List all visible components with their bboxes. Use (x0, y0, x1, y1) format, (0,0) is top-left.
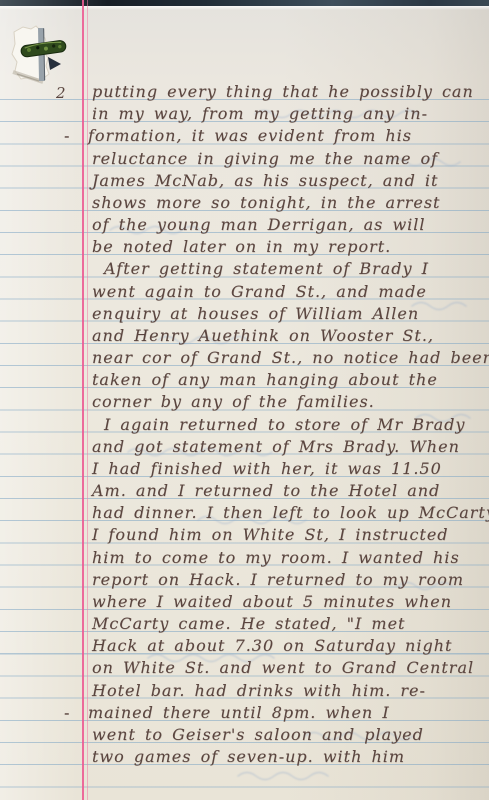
handwritten-line-text: I again returned to store of Mr Brady (104, 415, 465, 434)
handwritten-line-text: reluctance in giving me the name of (92, 149, 438, 168)
handwritten-line: two games of seven-up. with him (92, 746, 405, 768)
handwritten-line-text: I had finished with her, it was 11.50 (92, 459, 442, 478)
handwritten-line-text: him to come to my room. I wanted his (92, 548, 460, 567)
handwritten-line: be noted later on in my report. (92, 236, 391, 258)
handwritten-line-text: and Henry Auethink on Wooster St., (92, 326, 434, 345)
page-number: 2 (56, 84, 66, 102)
handwritten-line: near cor of Grand St., no notice had bee… (92, 347, 489, 369)
handwritten-line-text: enquiry at houses of William Allen (92, 304, 419, 323)
handwritten-line-text: had dinner. I then left to look up McCar… (92, 503, 489, 522)
handwritten-line-text: near cor of Grand St., no notice had bee… (92, 348, 489, 367)
handwritten-line-text: two games of seven-up. with him (92, 747, 405, 766)
handwritten-line-text: went again to Grand St., and made (92, 282, 427, 301)
handwritten-line-text: where I waited about 5 minutes when (92, 592, 452, 611)
handwritten-line: went again to Grand St., and made (92, 281, 427, 303)
handwritten-line: -formation, it was evident from his (64, 125, 412, 147)
handwritten-line-text: corner by any of the families. (92, 392, 375, 411)
handwritten-line-text: shows more so tonight, in the arrest (92, 193, 440, 212)
handwritten-line-text: James McNab, as his suspect, and it (92, 171, 438, 190)
handwritten-line: on White St. and went to Grand Central (92, 657, 474, 679)
handwritten-line-text: and got statement of Mrs Brady. When (92, 437, 460, 456)
handwritten-line: where I waited about 5 minutes when (92, 591, 452, 613)
handwritten-line: Hack at about 7.30 on Saturday night (92, 635, 452, 657)
handwritten-line-text: After getting statement of Brady I (104, 259, 429, 278)
handwritten-line-text: mained there until 8pm. when I (88, 703, 390, 722)
handwritten-line-text: McCarty came. He stated, "I met (92, 614, 405, 633)
handwritten-line: shows more so tonight, in the arrest (92, 192, 440, 214)
handwritten-line: corner by any of the families. (92, 391, 375, 413)
handwritten-line: James McNab, as his suspect, and it (92, 170, 438, 192)
handwritten-line: and Henry Auethink on Wooster St., (92, 325, 434, 347)
handwritten-line: -mained there until 8pm. when I (64, 702, 390, 724)
handwritten-line: had dinner. I then left to look up McCar… (92, 502, 489, 524)
handwritten-line-text: Hack at about 7.30 on Saturday night (92, 636, 452, 655)
handwritten-line: him to come to my room. I wanted his (92, 547, 460, 569)
handwritten-line-text: in my way, from my getting any in- (92, 104, 428, 123)
handwritten-line: reluctance in giving me the name of (92, 148, 438, 170)
handwritten-line: I again returned to store of Mr Brady (104, 414, 465, 436)
fastener-dark-tab (48, 57, 61, 70)
handwritten-line: and got statement of Mrs Brady. When (92, 436, 460, 458)
handwritten-line: McCarty came. He stated, "I met (92, 613, 405, 635)
handwritten-line: After getting statement of Brady I (104, 258, 429, 280)
handwritten-line: taken of any man hanging about the (92, 369, 438, 391)
handwritten-line: went to Geiser's saloon and played (92, 724, 424, 746)
handwritten-line: report on Hack. I returned to my room (92, 569, 464, 591)
handwritten-line-text: formation, it was evident from his (88, 126, 412, 145)
handwritten-line-text: putting every thing that he possibly can (92, 82, 474, 101)
handwritten-line: Am. and I returned to the Hotel and (92, 480, 440, 502)
manuscript-page: 2 putting every thing that he possibly c… (0, 0, 489, 800)
handwritten-line: I found him on White St, I instructed (92, 524, 449, 546)
handwritten-line-text: I found him on White St, I instructed (92, 525, 449, 544)
margin-hyphen: - (64, 125, 88, 147)
handwritten-line-text: taken of any man hanging about the (92, 370, 438, 389)
handwritten-line-text: Hotel bar. had drinks with him. re- (92, 681, 426, 700)
handwritten-line-text: report on Hack. I returned to my room (92, 570, 464, 589)
handwritten-line: in my way, from my getting any in- (92, 103, 428, 125)
handwritten-line: putting every thing that he possibly can (92, 81, 474, 103)
handwritten-line: of the young man Derrigan, as will (92, 214, 426, 236)
handwritten-line-text: on White St. and went to Grand Central (92, 658, 474, 677)
handwritten-line-text: Am. and I returned to the Hotel and (92, 481, 440, 500)
margin-hyphen: - (64, 702, 88, 724)
handwritten-text: putting every thing that he possibly can… (0, 0, 489, 800)
paper-fastener-icon (5, 24, 80, 89)
handwritten-line: Hotel bar. had drinks with him. re- (92, 680, 426, 702)
handwritten-line: enquiry at houses of William Allen (92, 303, 419, 325)
handwritten-line-text: be noted later on in my report. (92, 237, 391, 256)
handwritten-line: I had finished with her, it was 11.50 (92, 458, 442, 480)
handwritten-line-text: of the young man Derrigan, as will (92, 215, 426, 234)
handwritten-line-text: went to Geiser's saloon and played (92, 725, 424, 744)
